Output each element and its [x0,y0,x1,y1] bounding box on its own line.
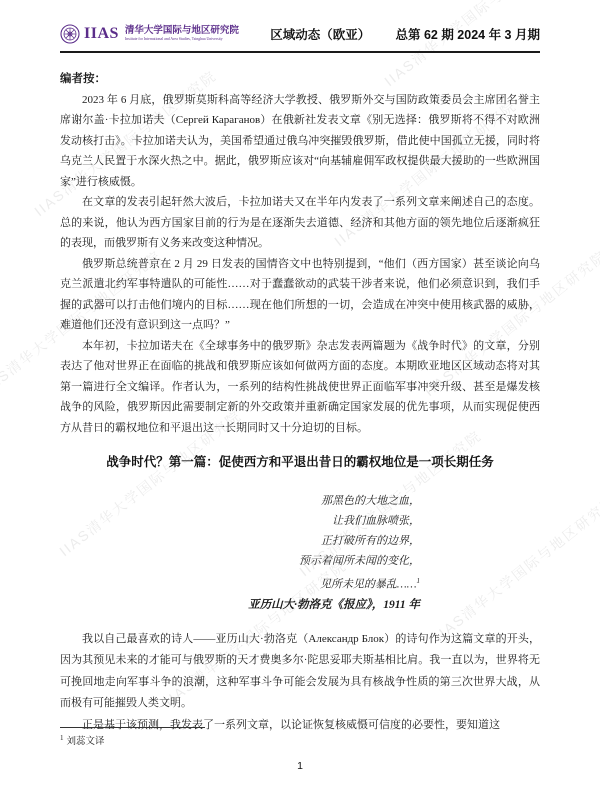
editor-note-paragraph: 在文章的发表引起轩然大波后，卡拉加诺夫又在半年内发表了一系列文章来阐述自己的态度… [60,192,540,254]
iias-logo: IIAS 清华大学国际与地区研究院 Institute for Internat… [60,24,239,44]
poem-line-text: 正打破所有的边界， [321,535,420,547]
article-title: 战争时代？第一篇：促使西方和平退出昔日的霸权地位是一项长期任务 [60,453,540,472]
page-number: 1 [0,760,600,772]
poem-line-text: 让我们血脉喷张， [332,515,420,527]
editor-note-paragraph: 本年初，卡拉加诺夫在《全球事务中的俄罗斯》杂志发表两篇题为《战争时代》的文章，分… [60,336,540,439]
footnote-area: 1刘蕊文译 [60,727,540,747]
issue-info: 总第 62 期 2024 年 3 月期 [395,25,540,43]
article-paragraph: 我以自己最喜欢的诗人——亚历山大·勃洛克（Александр Блок）的诗句作… [60,629,540,715]
iias-acronym: IIAS [84,25,119,43]
poem-line: 见所未见的暴乱……1 [60,571,420,595]
footnote-separator [60,727,205,728]
poem-line-text: 预示着闻所未闻的变化， [299,555,420,567]
poem-footnote-ref: 1 [417,577,421,585]
editor-note-label: 编者按： [60,69,540,90]
poem-epigraph: 那黑色的大地之血， 让我们血脉喷张， 正打破所有的边界， 预示着闻所未闻的变化，… [60,491,420,615]
poem-line: 预示着闻所未闻的变化， [60,551,420,571]
document-page: IIAS清华大学国际与地区研究院IIAS清华大学国际与地区研究院IIAS清华大学… [0,0,600,800]
publication-title: 区域动态（欧亚） [270,25,370,43]
footnote-marker: 1 [60,734,64,742]
footnote-content: 刘蕊文译 [67,737,105,747]
editor-note-paragraph: 2023 年 6 月底，俄罗斯莫斯科高等经济大学教授、俄罗斯外交与国防政策委员会… [60,90,540,193]
poem-line-text: 见所未见的暴乱…… [320,579,417,591]
page-content: IIAS 清华大学国际与地区研究院 Institute for Internat… [60,24,540,736]
article-body: 我以自己最喜欢的诗人——亚历山大·勃洛克（Александр Блок）的诗句作… [60,629,540,737]
poem-line: 正打破所有的边界， [60,531,420,551]
editor-note-section: 编者按： 2023 年 6 月底，俄罗斯莫斯科高等经济大学教授、俄罗斯外交与国防… [60,69,540,438]
poem-line-text: 那黑色的大地之血， [321,495,420,507]
footnote-text: 1刘蕊文译 [60,733,540,747]
editor-note-paragraph: 俄罗斯总统普京在 2 月 29 日发表的国情咨文中也特别提到，“他们（西方国家）… [60,254,540,336]
institute-name-en: Institute for International and Area Stu… [125,37,233,41]
page-header: IIAS 清华大学国际与地区研究院 Institute for Internat… [60,24,540,53]
poem-line: 那黑色的大地之血， [60,491,420,511]
institute-name-block: 清华大学国际与地区研究院 Institute for International… [125,27,239,41]
iias-emblem-icon [60,24,80,44]
poem-attribution: 亚历山大·勃洛克《报应》，1911 年 [60,595,420,615]
poem-line: 让我们血脉喷张， [60,511,420,531]
